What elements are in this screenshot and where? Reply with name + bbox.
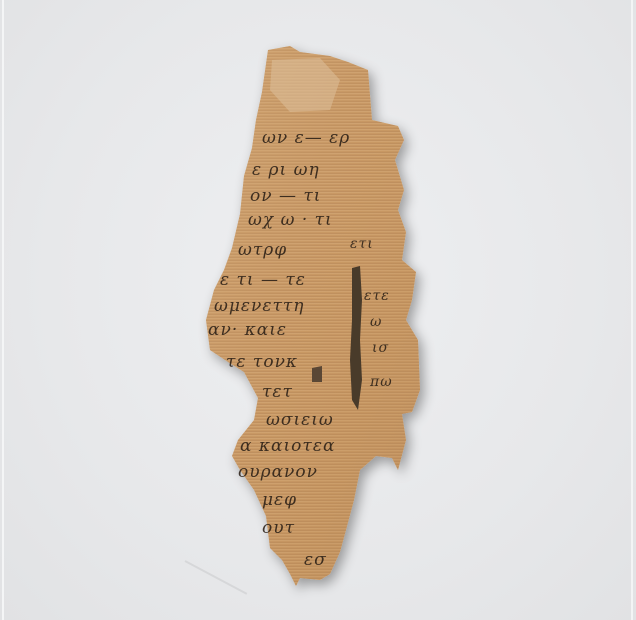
papyrus-text-line: ωμενεττη: [214, 296, 305, 316]
papyrus-text-line: ων ε— ερ: [262, 128, 350, 148]
papyrus-text-line: ε τι — τε: [220, 270, 306, 290]
papyrus-right-text-line: πω: [370, 374, 393, 390]
papyrus-right-text-line: ω: [370, 314, 382, 330]
papyrus-text-line: ε ρι ωη: [252, 160, 320, 180]
papyrus-fragment: [0, 0, 636, 620]
papyrus-right-text-line: ισ: [372, 340, 389, 356]
papyrus-text-line: ον — τι: [250, 186, 321, 206]
papyrus-text-line: ωτρφ: [238, 240, 287, 260]
papyrus-text-line: ωσιειω: [266, 410, 334, 430]
papyrus-text-line: αν· καιε: [208, 320, 287, 340]
papyrus-text-line: α καιοτεα: [240, 436, 335, 456]
papyrus-text-line: ουρανον: [238, 462, 318, 482]
papyrus-text-line: ουτ: [262, 518, 295, 538]
papyrus-text-line: μεφ: [262, 490, 297, 510]
papyrus-text-line: τετ: [262, 382, 293, 402]
papyrus-right-text-line: ετε: [364, 288, 390, 304]
papyrus-right-text-line: ετι: [350, 236, 374, 252]
papyrus-text-line: τε τονκ: [226, 352, 298, 372]
papyrus-text-line: ωχ ω · τι: [248, 210, 333, 230]
photo-scene: ων ε— ερ ε ρι ωη ον — τι ωχ ω · τι ωτρφ …: [0, 0, 636, 620]
papyrus-text-line: εσ: [304, 550, 327, 570]
